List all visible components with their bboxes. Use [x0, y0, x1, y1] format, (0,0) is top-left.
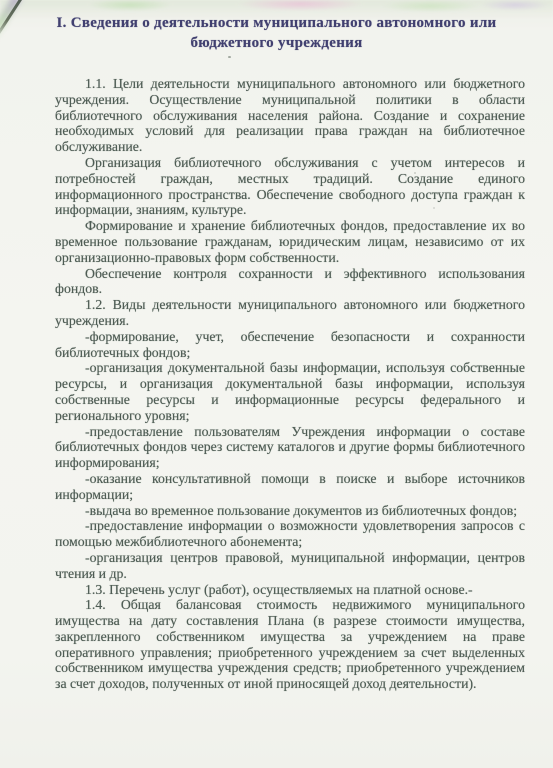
paragraph: -оказание консультативной помощи в поиск… [55, 471, 525, 503]
paragraph: -формирование, учет, обеспечение безопас… [55, 329, 525, 361]
paragraph: -выдача во временное пользование докумен… [55, 503, 525, 519]
paragraph: Формирование и хранение библиотечных фон… [55, 218, 525, 265]
document-title: I. Сведения о деятельности муниципальног… [40, 13, 513, 53]
paragraph: 1.4. Общая балансовая стоимость недвижим… [55, 597, 525, 692]
ink-speck [228, 56, 231, 58]
paragraph: -предоставление информации о возможности… [55, 518, 525, 550]
document-title-line-2: бюджетного учреждения [40, 33, 513, 53]
document-title-line-1: I. Сведения о деятельности муниципальног… [40, 13, 513, 33]
paragraph: 1.3. Перечень услуг (работ), осуществляе… [55, 582, 525, 598]
paragraph: Организация библиотечного обслуживания с… [55, 155, 525, 218]
paragraph: -организация центров правовой, муниципал… [55, 550, 525, 582]
paragraph: 1.2. Виды деятельности муниципального ав… [55, 297, 525, 329]
paragraph: 1.1. Цели деятельности муниципального ав… [55, 76, 525, 155]
paragraph: -предоставление пользователям Учреждения… [55, 424, 525, 471]
paragraph: -организация документальной базы информа… [55, 360, 525, 423]
document-body: 1.1. Цели деятельности муниципального ав… [55, 76, 525, 692]
scanned-page: I. Сведения о деятельности муниципальног… [0, 0, 553, 768]
paragraph: Обеспечение контроля сохранности и эффек… [55, 266, 525, 298]
